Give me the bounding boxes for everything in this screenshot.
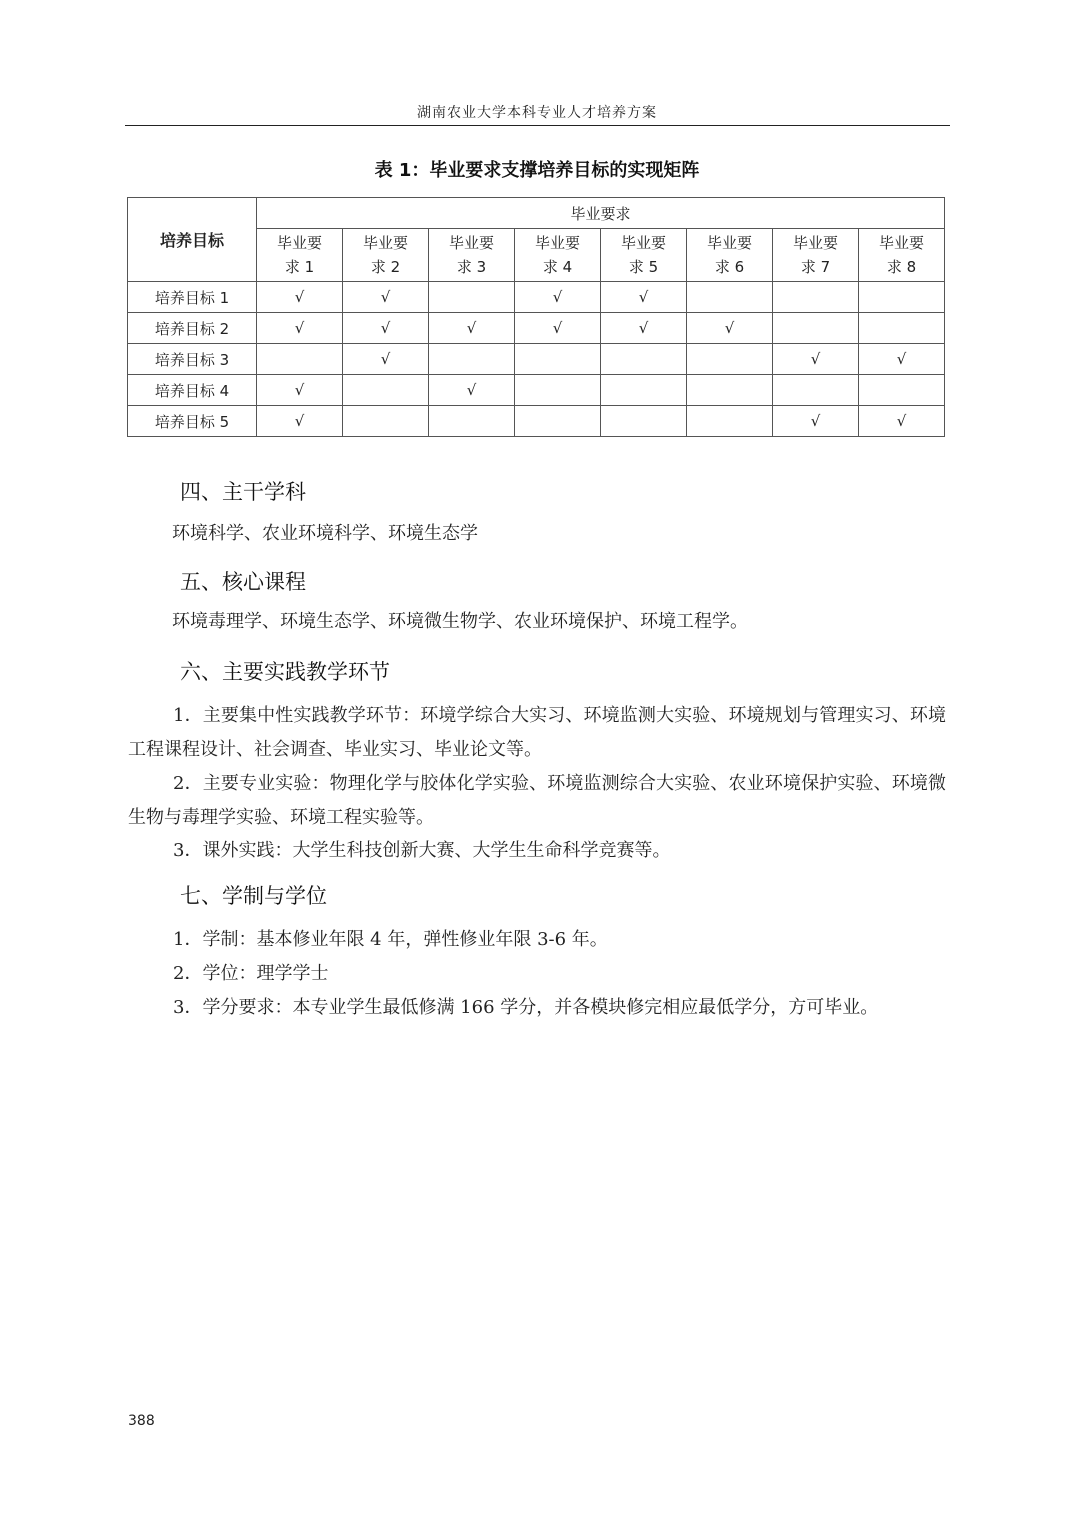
column-header-line: 毕业要 — [879, 234, 924, 252]
check-cell — [515, 406, 601, 437]
check-cell — [687, 344, 773, 375]
column-header: 毕业要求 8 — [859, 229, 945, 282]
row-label: 培养目标 1 — [128, 282, 257, 313]
check-cell — [343, 375, 429, 406]
column-header-line: 毕业要 — [277, 234, 322, 252]
section-title-practice: 六、主要实践教学环节 — [180, 656, 390, 686]
table-row: 培养目标 1 √ √ √ √ — [128, 282, 945, 313]
column-header: 毕业要求 2 — [343, 229, 429, 282]
column-header: 毕业要求 3 — [429, 229, 515, 282]
check-cell: √ — [773, 344, 859, 375]
table-row: 培养目标 4 √ √ — [128, 375, 945, 406]
check-cell: √ — [515, 282, 601, 313]
check-cell: √ — [601, 313, 687, 344]
column-header: 毕业要求 7 — [773, 229, 859, 282]
check-cell: √ — [257, 406, 343, 437]
column-header-line: 毕业要 — [363, 234, 408, 252]
degree-item-1: 1．学制：基本修业年限 4 年，弹性修业年限 3-6 年。 — [128, 923, 946, 957]
check-cell — [343, 406, 429, 437]
check-cell: √ — [859, 406, 945, 437]
check-cell: √ — [687, 313, 773, 344]
check-cell — [601, 375, 687, 406]
check-cell: √ — [257, 375, 343, 406]
degree-item-2: 2．学位：理学学士 — [128, 957, 946, 991]
column-header: 毕业要求 1 — [257, 229, 343, 282]
check-cell — [515, 344, 601, 375]
column-header-line: 求 1 — [285, 258, 314, 276]
section-title-main-disciplines: 四、主干学科 — [180, 476, 306, 506]
practice-item-1: 1．主要集中性实践教学环节：环境学综合大实习、环境监测大实验、环境规划与管理实习… — [128, 699, 946, 767]
column-header-line: 毕业要 — [621, 234, 666, 252]
group-header: 毕业要求 — [257, 198, 945, 229]
check-cell: √ — [601, 282, 687, 313]
check-cell — [687, 282, 773, 313]
table-row: 培养目标 5 √ √ √ — [128, 406, 945, 437]
main-disciplines-text: 环境科学、农业环境科学、环境生态学 — [172, 517, 478, 551]
check-cell — [601, 344, 687, 375]
check-cell — [773, 313, 859, 344]
table-row: 培养目标 3 √ √ √ — [128, 344, 945, 375]
check-cell: √ — [429, 375, 515, 406]
core-courses-text: 环境毒理学、环境生态学、环境微生物学、农业环境保护、环境工程学。 — [172, 605, 748, 639]
running-header: 湖南农业大学本科专业人才培养方案 — [0, 102, 1074, 122]
corner-header: 培养目标 — [128, 198, 257, 282]
check-cell — [687, 406, 773, 437]
check-cell — [859, 313, 945, 344]
column-header-line: 毕业要 — [707, 234, 752, 252]
check-cell: √ — [773, 406, 859, 437]
check-cell: √ — [343, 344, 429, 375]
column-header-line: 求 7 — [801, 258, 830, 276]
check-cell: √ — [515, 313, 601, 344]
column-header-line: 求 4 — [543, 258, 572, 276]
table-header-row: 培养目标 毕业要求 — [128, 198, 945, 229]
check-cell: √ — [343, 282, 429, 313]
check-cell — [773, 375, 859, 406]
column-header: 毕业要求 6 — [687, 229, 773, 282]
practice-item-3: 3．课外实践：大学生科技创新大赛、大学生生命科学竞赛等。 — [128, 834, 946, 868]
row-label: 培养目标 3 — [128, 344, 257, 375]
check-cell — [859, 282, 945, 313]
table-row: 培养目标 2 √ √ √ √ √ √ — [128, 313, 945, 344]
check-cell: √ — [859, 344, 945, 375]
section-title-core-courses: 五、核心课程 — [180, 566, 306, 596]
column-header-line: 毕业要 — [793, 234, 838, 252]
column-header-line: 求 5 — [629, 258, 658, 276]
check-cell — [687, 375, 773, 406]
check-cell: √ — [429, 313, 515, 344]
check-cell — [429, 282, 515, 313]
column-header-line: 毕业要 — [449, 234, 494, 252]
check-cell — [859, 375, 945, 406]
column-header-line: 求 3 — [457, 258, 486, 276]
check-cell — [515, 375, 601, 406]
requirements-matrix-table: 培养目标 毕业要求 毕业要求 1 毕业要求 2 毕业要求 3 毕业要求 4 毕业… — [127, 197, 945, 437]
page-number: 388 — [128, 1413, 155, 1429]
section-title-degree: 七、学制与学位 — [180, 880, 327, 910]
check-cell: √ — [257, 313, 343, 344]
check-cell — [257, 344, 343, 375]
row-label: 培养目标 4 — [128, 375, 257, 406]
column-header-line: 求 2 — [371, 258, 400, 276]
degree-item-3: 3．学分要求：本专业学生最低修满 166 学分，并各模块修完相应最低学分，方可毕… — [128, 991, 946, 1025]
check-cell — [601, 406, 687, 437]
header-rule — [125, 125, 950, 126]
table-caption: 表 1：毕业要求支撑培养目标的实现矩阵 — [0, 156, 1074, 182]
check-cell — [429, 406, 515, 437]
column-header-line: 求 8 — [887, 258, 916, 276]
check-cell — [429, 344, 515, 375]
row-label: 培养目标 5 — [128, 406, 257, 437]
column-header-line: 毕业要 — [535, 234, 580, 252]
column-header: 毕业要求 5 — [601, 229, 687, 282]
check-cell: √ — [257, 282, 343, 313]
row-label: 培养目标 2 — [128, 313, 257, 344]
column-header: 毕业要求 4 — [515, 229, 601, 282]
check-cell: √ — [343, 313, 429, 344]
check-cell — [773, 282, 859, 313]
practice-item-2: 2．主要专业实验：物理化学与胶体化学实验、环境监测综合大实验、农业环境保护实验、… — [128, 767, 946, 835]
column-header-line: 求 6 — [715, 258, 744, 276]
